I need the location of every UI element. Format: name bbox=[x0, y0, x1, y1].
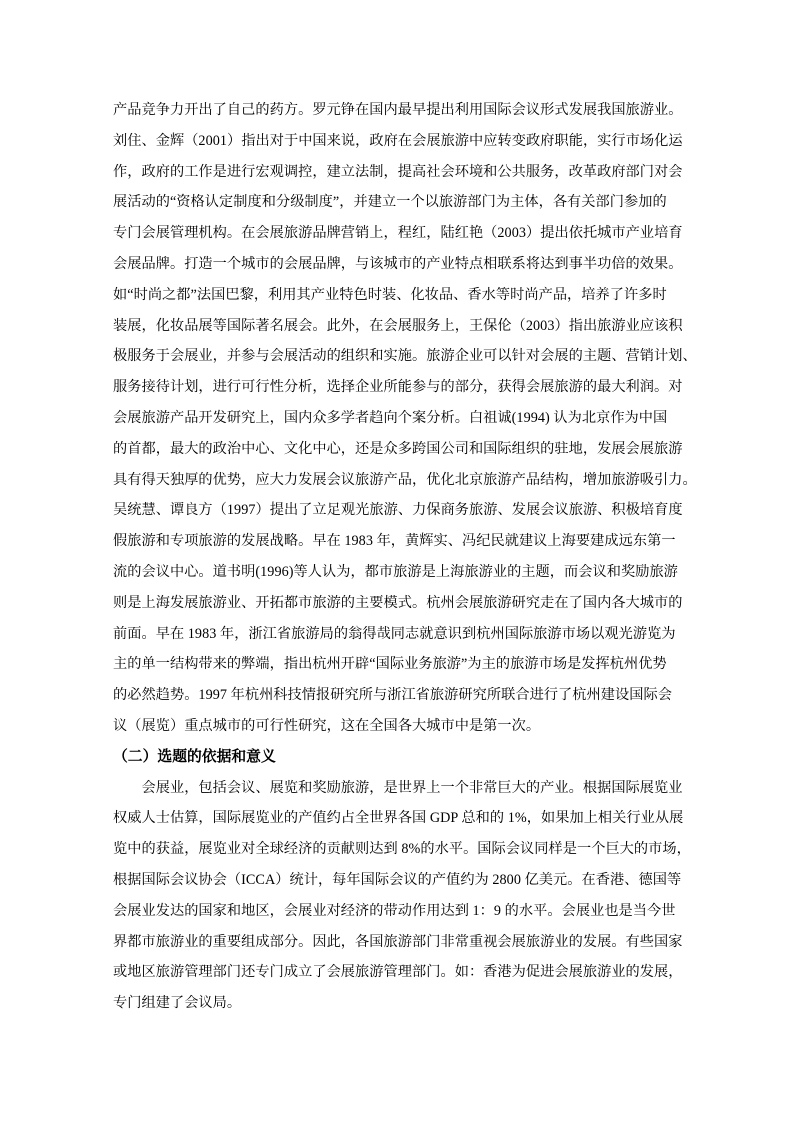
text-line: 服务接待计划，进行可行性分析，选择企业所能参与的部分，获得会展旅游的最大利润。对 bbox=[113, 372, 681, 403]
text-line: 前面。早在 1983 年，浙江省旅游局的翁得哉同志就意识到杭州国际旅游市场以观光… bbox=[113, 619, 681, 650]
text-line: 会展品牌。打造一个城市的会展品牌，与该城市的产业特点相联系将达到事半功倍的效果。 bbox=[113, 249, 681, 280]
text-line: 的必然趋势。1997 年杭州科技情报研究所与浙江省旅游研究所联合进行了杭州建设国… bbox=[113, 680, 681, 711]
page-text-block: 产品竞争力开出了自己的药方。罗元铮在国内最早提出利用国际会议形式发展我国旅游业。… bbox=[113, 95, 681, 1019]
text-line: 会展旅游产品开发研究上，国内众多学者趋向个案分析。白祖诚(1994) 认为北京作… bbox=[113, 403, 681, 434]
text-line: 专门组建了会议局。 bbox=[113, 988, 681, 1019]
text-line: 刘住、金辉（2001）指出对于中国来说，政府在会展旅游中应转变政府职能，实行市场… bbox=[113, 126, 681, 157]
text-line: 或地区旅游管理部门还专门成立了会展旅游管理部门。如：香港为促进会展旅游业的发展， bbox=[113, 957, 681, 988]
text-line: 的首都，最大的政治中心、文化中心，还是众多跨国公司和国际组织的驻地，发展会展旅游 bbox=[113, 434, 681, 465]
text-line: 会展业发达的国家和地区，会展业对经济的带动作用达到 1：9 的水平。会展业也是当… bbox=[113, 896, 681, 927]
text-line: 产品竞争力开出了自己的药方。罗元铮在国内最早提出利用国际会议形式发展我国旅游业。 bbox=[113, 95, 681, 126]
section-heading: （二）选题的依据和意义 bbox=[113, 742, 681, 773]
text-line: 假旅游和专项旅游的发展战略。早在 1983 年，黄辉实、冯纪民就建议上海要建成远… bbox=[113, 526, 681, 557]
text-line: 议（展览）重点城市的可行性研究，这在全国各大城市中是第一次。 bbox=[113, 711, 681, 742]
text-line: 主的单一结构带来的弊端，指出杭州开辟“国际业务旅游”为主的旅游市场是发挥杭州优势 bbox=[113, 649, 681, 680]
text-line: 界都市旅游业的重要组成部分。因此，各国旅游部门非常重视会展旅游业的发展。有些国家 bbox=[113, 927, 681, 958]
text-line: 则是上海发展旅游业、开拓都市旅游的主要模式。杭州会展旅游研究走在了国内各大城市的 bbox=[113, 588, 681, 619]
text-line: 流的会议中心。道书明(1996)等人认为，都市旅游是上海旅游业的主题，而会议和奖… bbox=[113, 557, 681, 588]
document-page: 产品竞争力开出了自己的药方。罗元铮在国内最早提出利用国际会议形式发展我国旅游业。… bbox=[0, 0, 794, 1123]
text-line: 览中的获益，展览业对全球经济的贡献则达到 8%的水平。国际会议同样是一个巨大的市… bbox=[113, 834, 681, 865]
text-line: 吴统慧、谭良方（1997）提出了立足观光旅游、力保商务旅游、发展会议旅游、积极培… bbox=[113, 495, 681, 526]
text-line: 展活动的“资格认定制度和分级制度”，并建立一个以旅游部门为主体，各有关部门参加的 bbox=[113, 187, 681, 218]
text-line: 具有得天独厚的优势，应大力发展会议旅游产品，优化北京旅游产品结构，增加旅游吸引力… bbox=[113, 465, 681, 496]
text-line: 装展，化妆品展等国际著名展会。此外，在会展服务上，王保伦（2003）指出旅游业应… bbox=[113, 311, 681, 342]
text-line: 极服务于会展业，并参与会展活动的组织和实施。旅游企业可以针对会展的主题、营销计划… bbox=[113, 341, 681, 372]
paragraph-topic-basis: 会展业，包括会议、展览和奖励旅游，是世界上一个非常巨大的产业。根据国际展览业权威… bbox=[113, 773, 681, 1019]
paragraph-literature-review: 产品竞争力开出了自己的药方。罗元铮在国内最早提出利用国际会议形式发展我国旅游业。… bbox=[113, 95, 681, 742]
text-line: 专门会展管理机构。在会展旅游品牌营销上，程红，陆红艳（2003）提出依托城市产业… bbox=[113, 218, 681, 249]
text-line: 作，政府的工作是进行宏观调控，建立法制，提高社会环境和公共服务，改革政府部门对会 bbox=[113, 157, 681, 188]
text-line: 根据国际会议协会（ICCA）统计，每年国际会议的产值约为 2800 亿美元。在香… bbox=[113, 865, 681, 896]
text-line: 权威人士估算，国际展览业的产值约占全世界各国 GDP 总和的 1%，如果加上相关… bbox=[113, 803, 681, 834]
text-line: 如“时尚之都”法国巴黎，利用其产业特色时装、化妆品、香水等时尚产品，培养了许多时 bbox=[113, 280, 681, 311]
text-line: 会展业，包括会议、展览和奖励旅游，是世界上一个非常巨大的产业。根据国际展览业 bbox=[113, 773, 681, 804]
